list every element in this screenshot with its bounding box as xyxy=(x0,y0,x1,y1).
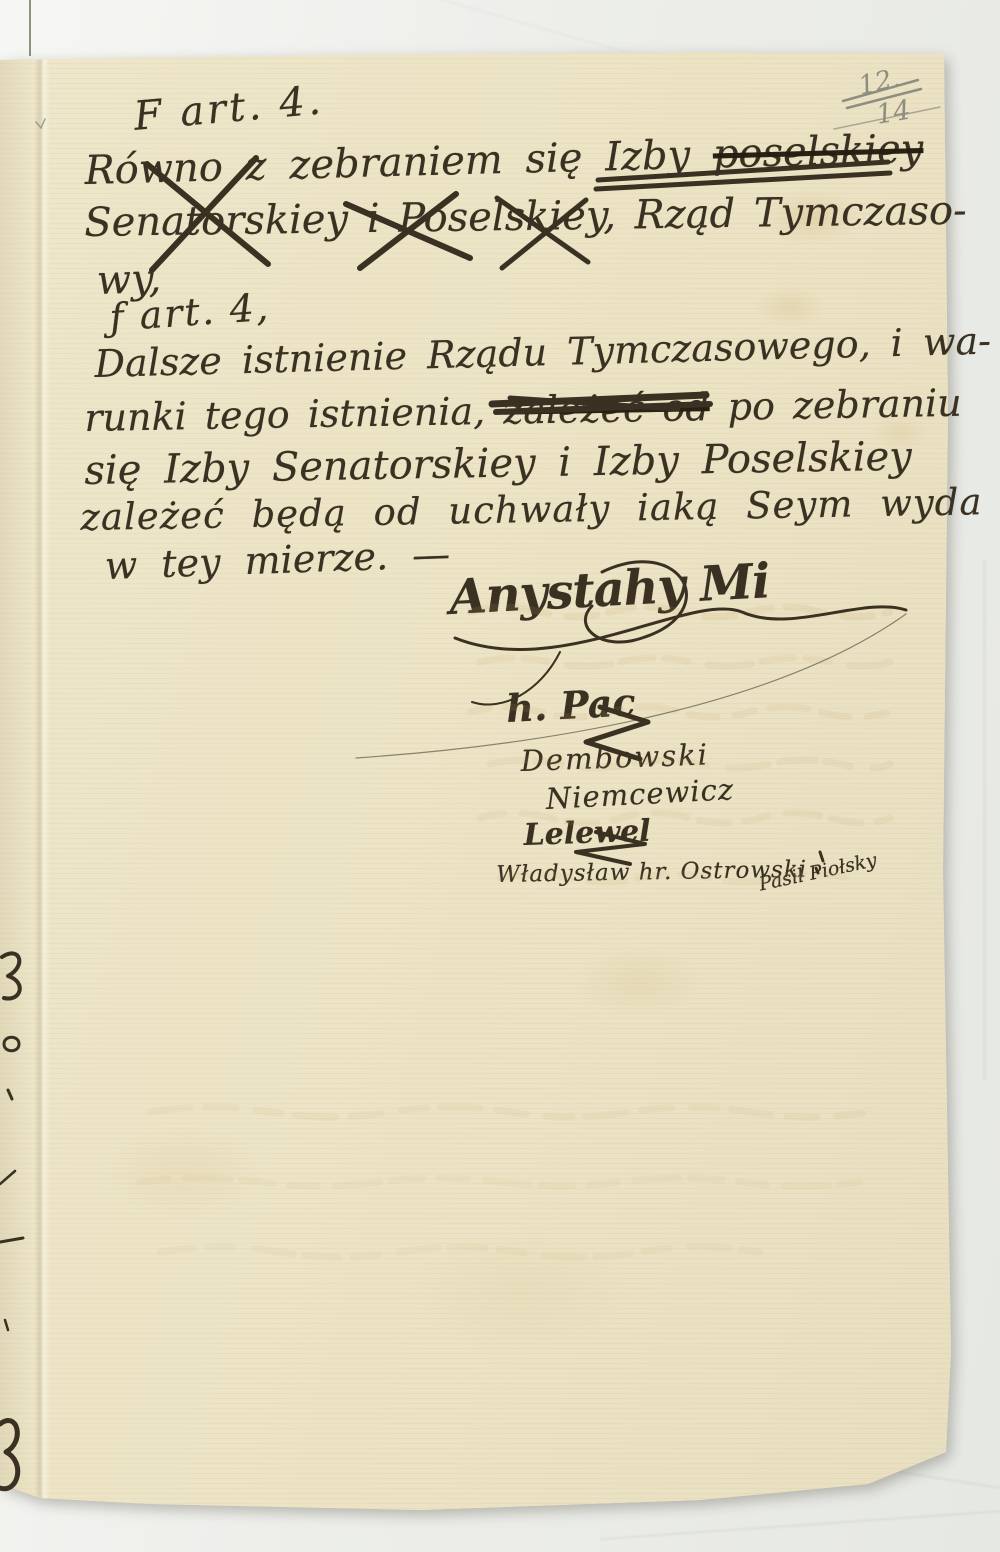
ink-bleed-through xyxy=(140,607,890,1257)
signature-lelewel-paraph xyxy=(576,832,645,864)
crossout-x-mark xyxy=(497,198,588,268)
crossout-x-mark xyxy=(147,158,268,270)
double-strike-mark xyxy=(596,162,890,189)
heavy-strike-mark xyxy=(492,395,710,412)
left-page-ink-fragment xyxy=(0,953,23,1488)
ink-specks xyxy=(816,852,823,873)
backdrop-crease xyxy=(984,560,985,1080)
signature-pac-paraph xyxy=(586,707,648,759)
ink-overlay xyxy=(0,52,953,1514)
crossout-x-mark xyxy=(346,194,470,268)
scan-table-edge-line xyxy=(29,0,31,56)
pencil-strike-marks xyxy=(36,80,940,129)
